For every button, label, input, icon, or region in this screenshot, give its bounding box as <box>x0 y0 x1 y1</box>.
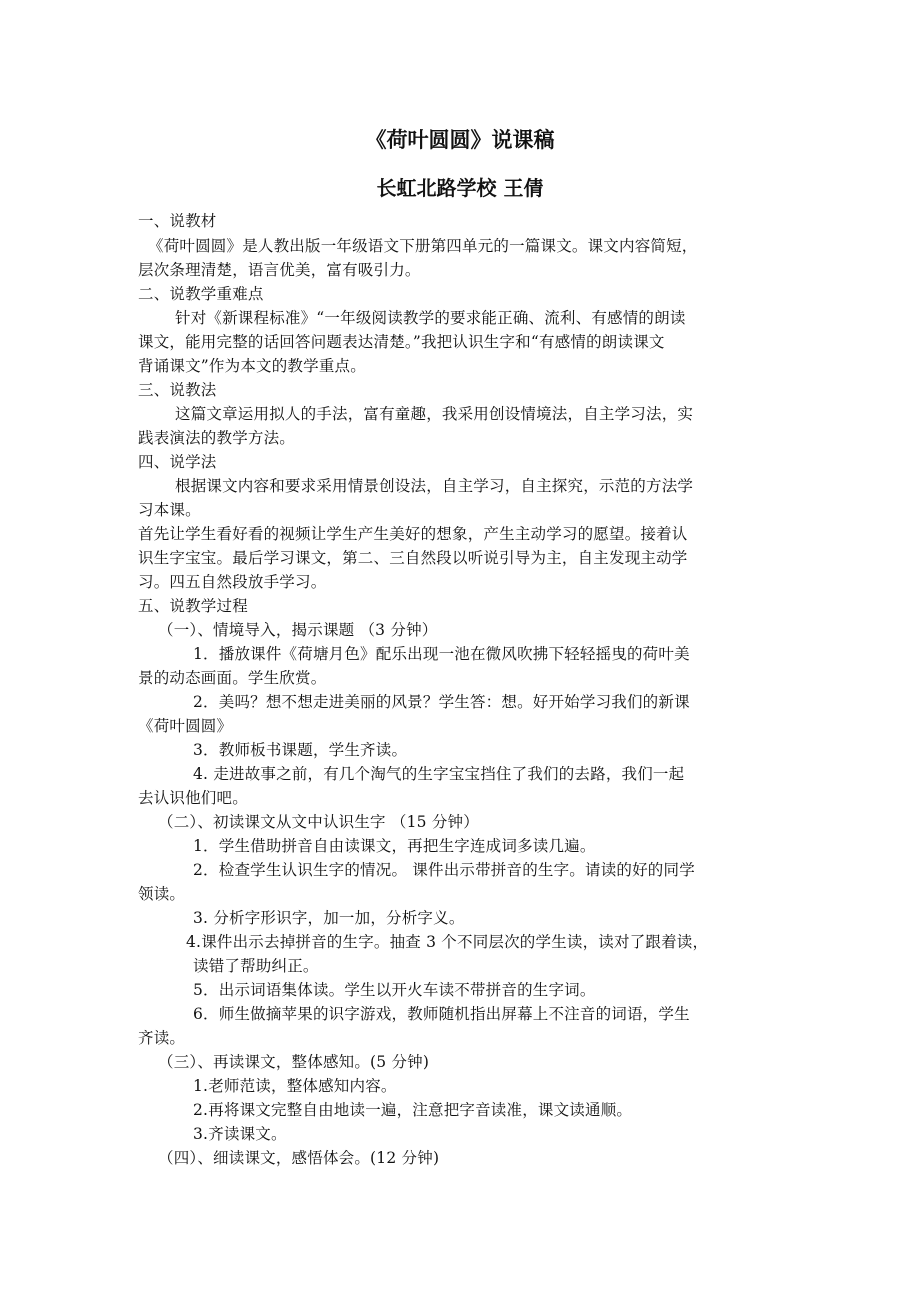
text-line: 2.再将课文完整自由地读一遍，注意把字音读准，课文读通顺。 <box>193 1099 843 1121</box>
text-line: 读错了帮助纠正。 <box>193 955 843 977</box>
text-line: 五、说教学过程 <box>138 595 788 617</box>
text-line: 领读。 <box>138 883 788 905</box>
text-line: 根据课文内容和要求采用情景创设法，自主学习，自主探究，示范的方法学 <box>175 475 825 497</box>
text-line: 《荷叶圆圆》是人教出版一年级语文下册第四单元的一篇课文。课文内容简短， <box>148 235 798 257</box>
text-line: 践表演法的教学方法。 <box>138 427 788 449</box>
text-line: 去认识他们吧。 <box>138 787 788 809</box>
text-line: （一）、情境导入，揭示课题 （3 分钟） <box>158 619 808 641</box>
text-line: 齐读。 <box>138 1027 788 1049</box>
document-title: 《荷叶圆圆》说课稿 <box>0 124 920 154</box>
text-line: 1．播放课件《荷塘月色》配乐出现一池在微风吹拂下轻轻摇曳的荷叶美 <box>193 643 843 665</box>
text-line: 3．教师板书课题，学生齐读。 <box>193 739 843 761</box>
text-line: 4.课件出示去掉拼音的生字。抽查 3 个不同层次的学生读，读对了跟着读， <box>186 931 836 953</box>
text-line: 1．学生借助拼音自由读课文，再把生字连成词多读几遍。 <box>193 835 843 857</box>
text-line: 5．出示词语集体读。学生以开火车读不带拼音的生字词。 <box>193 979 843 1001</box>
text-line: 首先让学生看好看的视频让学生产生美好的想象，产生主动学习的愿望。接着认 <box>138 523 788 545</box>
text-line: 习本课。 <box>138 499 788 521</box>
text-line: 四、说学法 <box>138 451 788 473</box>
text-line: 二、说教学重难点 <box>138 283 788 305</box>
text-line: （四）、细读课文，感悟体会。(12 分钟) <box>158 1147 808 1169</box>
text-line: 6．师生做摘苹果的识字游戏，教师随机指出屏幕上不注音的词语，学生 <box>193 1003 843 1025</box>
text-line: 一、说教材 <box>138 210 788 232</box>
text-line: 2．美吗？想不想走进美丽的风景？学生答：想。好开始学习我们的新课 <box>193 691 843 713</box>
text-line: 针对《新课程标准》“一年级阅读教学的要求能正确、流利、有感情的朗读 <box>175 307 825 329</box>
text-line: 习。四五自然段放手学习。 <box>138 571 788 593</box>
author-line: 长虹北路学校 王倩 <box>0 172 920 201</box>
text-line: 3.齐读课文。 <box>193 1123 843 1145</box>
text-line: 3. 分析字形识字，加一加，分析字义。 <box>193 907 843 929</box>
text-line: 《荷叶圆圆》 <box>138 715 788 737</box>
text-line: 1.老师范读，整体感知内容。 <box>193 1075 843 1097</box>
text-line: 层次条理清楚，语言优美，富有吸引力。 <box>138 259 788 281</box>
text-line: 这篇文章运用拟人的手法，富有童趣，我采用创设情境法，自主学习法，实 <box>175 403 825 425</box>
text-line: 景的动态画面。学生欣赏。 <box>138 667 788 689</box>
text-line: 课文，能用完整的话回答问题表达清楚。”我把认识生字和“有感情的朗读课文 <box>138 331 788 353</box>
text-line: （二）、初读课文从文中认识生字 （15 分钟） <box>158 811 808 833</box>
text-line: 2．检查学生认识生字的情况。 课件出示带拼音的生字。请读的好的同学 <box>193 859 843 881</box>
text-line: 三、说教法 <box>138 379 788 401</box>
text-line: 识生字宝宝。最后学习课文，第二、三自然段以听说引导为主，自主发现主动学 <box>138 547 788 569</box>
document-page: 《荷叶圆圆》说课稿 长虹北路学校 王倩 一、说教材《荷叶圆圆》是人教出版一年级语… <box>0 0 920 1302</box>
text-line: 背诵课文”作为本文的教学重点。 <box>138 355 788 377</box>
text-line: （三）、再读课文，整体感知。(5 分钟) <box>158 1051 808 1073</box>
text-line: 4. 走进故事之前，有几个淘气的生字宝宝挡住了我们的去路，我们一起 <box>193 763 843 785</box>
